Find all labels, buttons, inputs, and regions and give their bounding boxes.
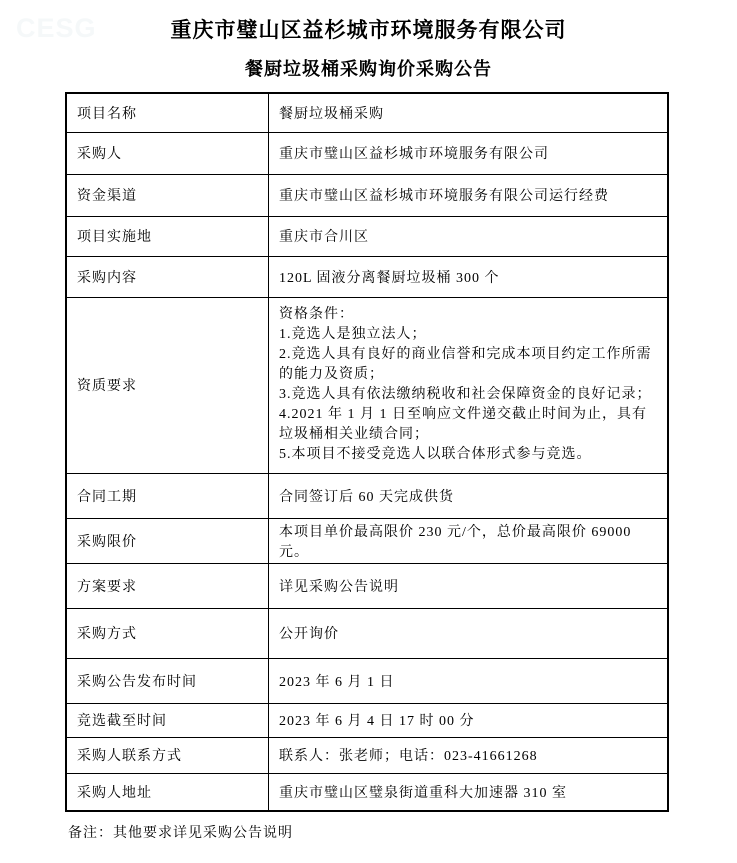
row-value: 120L 固液分离餐厨垃圾桶 300 个 bbox=[269, 256, 669, 297]
table-row: 采购人联系方式 联系人：张老师；电话：023-41661268 bbox=[66, 737, 668, 773]
row-label: 采购公告发布时间 bbox=[66, 658, 269, 703]
page-title: 重庆市璧山区益杉城市环境服务有限公司 bbox=[0, 0, 737, 43]
row-label: 采购人地址 bbox=[66, 773, 269, 811]
value-line: 1.竞选人是独立法人； bbox=[279, 325, 653, 345]
row-value: 重庆市璧山区益杉城市环境服务有限公司运行经费 bbox=[269, 174, 669, 216]
row-label: 竞选截至时间 bbox=[66, 703, 269, 737]
table-row: 采购公告发布时间 2023 年 6 月 1 日 bbox=[66, 658, 668, 703]
footer-note: 备注：其他要求详见采购公告说明 bbox=[68, 822, 293, 842]
table-row: 采购内容 120L 固液分离餐厨垃圾桶 300 个 bbox=[66, 256, 668, 297]
row-label: 项目名称 bbox=[66, 93, 269, 132]
row-label: 方案要求 bbox=[66, 563, 269, 608]
row-value: 重庆市璧山区璧泉街道重科大加速器 310 室 bbox=[269, 773, 669, 811]
row-value: 2023 年 6 月 4 日 17 时 00 分 bbox=[269, 703, 669, 737]
cesg-watermark: CESG bbox=[16, 13, 97, 44]
row-label: 采购人联系方式 bbox=[66, 737, 269, 773]
value-line: 2.竞选人具有良好的商业信誉和完成本项目约定工作所需的能力及资质； bbox=[279, 345, 653, 385]
notice-table-body: 项目名称 餐厨垃圾桶采购 采购人 重庆市璧山区益杉城市环境服务有限公司 资金渠道… bbox=[66, 93, 668, 811]
row-value: 合同签订后 60 天完成供货 bbox=[269, 473, 669, 518]
row-value: 重庆市璧山区益杉城市环境服务有限公司 bbox=[269, 132, 669, 174]
row-value: 联系人：张老师；电话：023-41661268 bbox=[269, 737, 669, 773]
row-label: 采购方式 bbox=[66, 608, 269, 658]
row-label: 资金渠道 bbox=[66, 174, 269, 216]
value-line: 3.竞选人具有依法缴纳税收和社会保障资金的良好记录； bbox=[279, 385, 653, 405]
row-value: 公开询价 bbox=[269, 608, 669, 658]
table-row: 竞选截至时间 2023 年 6 月 4 日 17 时 00 分 bbox=[66, 703, 668, 737]
row-value: 重庆市合川区 bbox=[269, 216, 669, 256]
procurement-notice-page: { "watermark": "CESG", "title": { "line1… bbox=[0, 0, 737, 863]
table-row: 合同工期 合同签订后 60 天完成供货 bbox=[66, 473, 668, 518]
table-row: 方案要求 详见采购公告说明 bbox=[66, 563, 668, 608]
table-row: 采购方式 公开询价 bbox=[66, 608, 668, 658]
row-value: 详见采购公告说明 bbox=[269, 563, 669, 608]
table-row: 采购人 重庆市璧山区益杉城市环境服务有限公司 bbox=[66, 132, 668, 174]
row-label: 采购内容 bbox=[66, 256, 269, 297]
value-line: 4.2021 年 1 月 1 日至响应文件递交截止时间为止，具有垃圾桶相关业绩合… bbox=[279, 405, 653, 445]
row-value: 2023 年 6 月 1 日 bbox=[269, 658, 669, 703]
value-line: 5.本项目不接受竞选人以联合体形式参与竞选。 bbox=[279, 445, 653, 465]
row-label: 资质要求 bbox=[66, 297, 269, 473]
table-row: 资金渠道 重庆市璧山区益杉城市环境服务有限公司运行经费 bbox=[66, 174, 668, 216]
row-value: 资格条件：1.竞选人是独立法人；2.竞选人具有良好的商业信誉和完成本项目约定工作… bbox=[269, 297, 669, 473]
row-label: 采购人 bbox=[66, 132, 269, 174]
table-row: 资质要求 资格条件：1.竞选人是独立法人；2.竞选人具有良好的商业信誉和完成本项… bbox=[66, 297, 668, 473]
page-subtitle: 餐厨垃圾桶采购询价采购公告 bbox=[0, 58, 737, 81]
row-label: 采购限价 bbox=[66, 518, 269, 563]
notice-table: 项目名称 餐厨垃圾桶采购 采购人 重庆市璧山区益杉城市环境服务有限公司 资金渠道… bbox=[65, 92, 669, 812]
row-value: 本项目单价最高限价 230 元/个，总价最高限价 69000 元。 bbox=[269, 518, 669, 563]
table-row: 采购人地址 重庆市璧山区璧泉街道重科大加速器 310 室 bbox=[66, 773, 668, 811]
row-label: 合同工期 bbox=[66, 473, 269, 518]
table-row: 采购限价 本项目单价最高限价 230 元/个，总价最高限价 69000 元。 bbox=[66, 518, 668, 563]
row-value: 餐厨垃圾桶采购 bbox=[269, 93, 669, 132]
table-row: 项目实施地 重庆市合川区 bbox=[66, 216, 668, 256]
row-label: 项目实施地 bbox=[66, 216, 269, 256]
table-row: 项目名称 餐厨垃圾桶采购 bbox=[66, 93, 668, 132]
value-line: 资格条件： bbox=[279, 305, 653, 325]
